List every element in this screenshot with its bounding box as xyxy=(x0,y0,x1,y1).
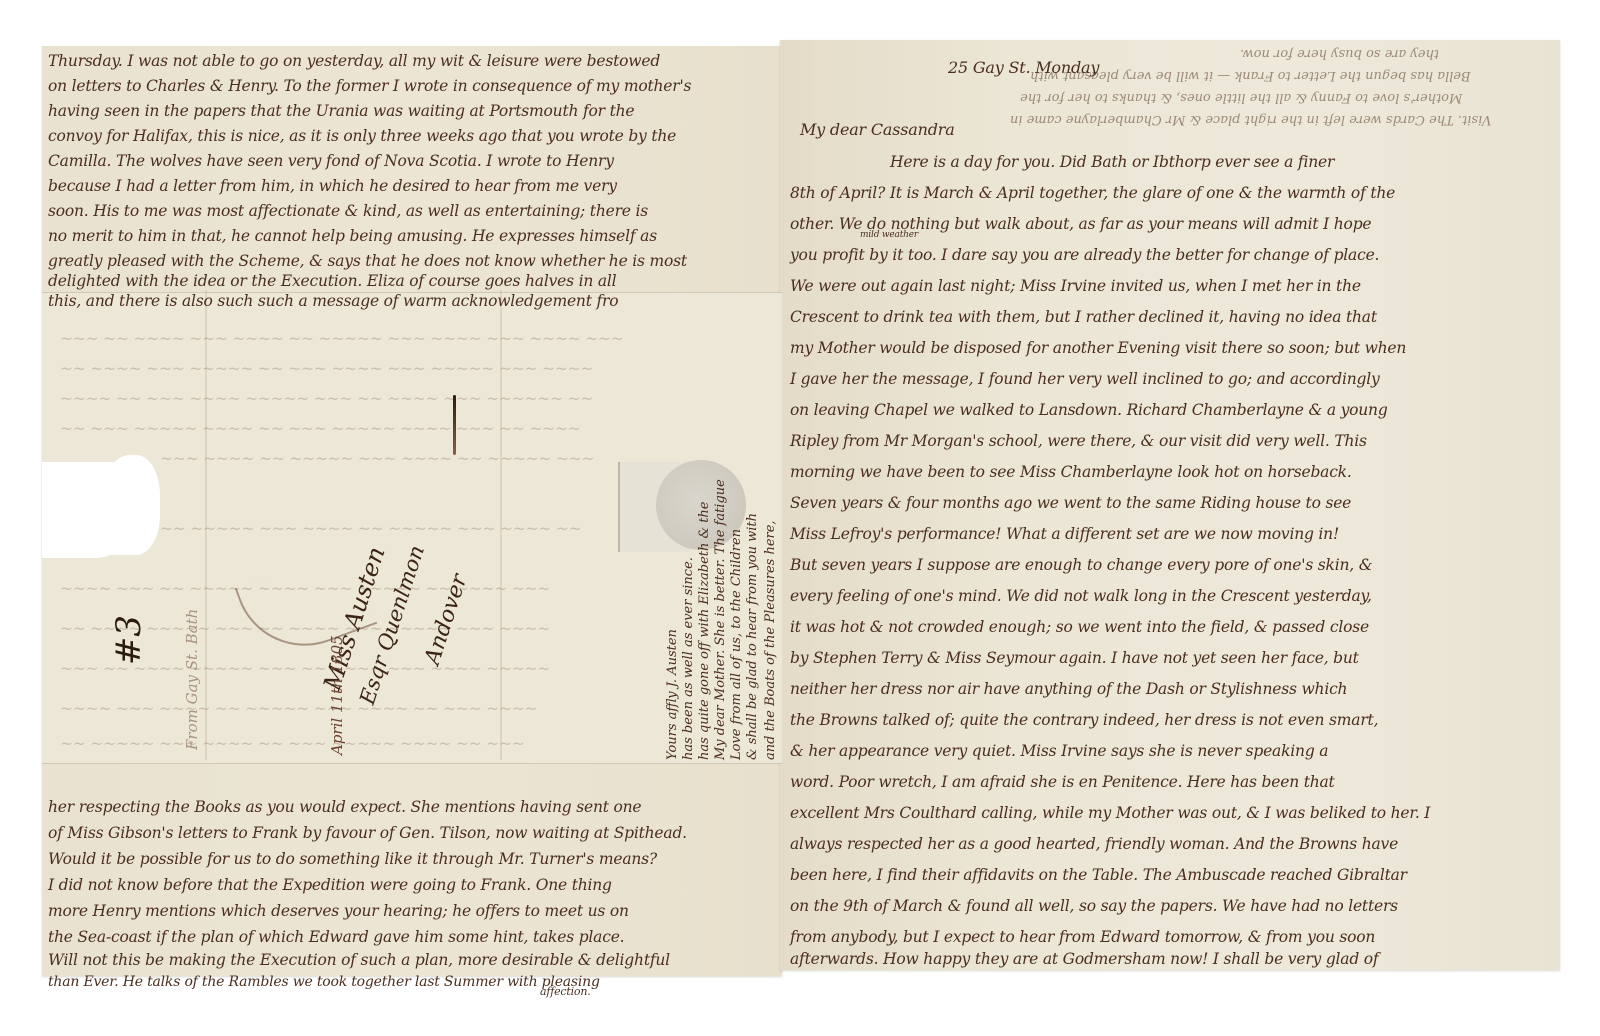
text-line: convoy for Halifax, this is nice, as it … xyxy=(48,127,676,145)
text-line: But seven years I suppose are enough to … xyxy=(790,556,1372,574)
text-line: been here, I find their affidavits on th… xyxy=(790,866,1407,884)
text-line: and the Boats of the Pleasures here, xyxy=(763,520,778,760)
text-line: my Mother would be disposed for another … xyxy=(790,339,1406,357)
text-line: from anybody, but I expect to hear from … xyxy=(790,928,1375,946)
text-line: because I had a letter from him, in whic… xyxy=(48,177,617,195)
text-line: & her appearance very quiet. Miss Irvine… xyxy=(790,742,1328,760)
inverted-line: Mother's love to Fanny & all the little … xyxy=(1020,90,1462,105)
text-line: every feeling of one's mind. We did not … xyxy=(790,587,1372,605)
text-line: having seen in the papers that the Urani… xyxy=(48,102,634,120)
text-line: I gave her the message, I found her very… xyxy=(790,370,1380,388)
text-line: Here is a day for you. Did Bath or Ibtho… xyxy=(890,153,1334,171)
interlinear-note: mild weather xyxy=(860,230,918,240)
text-line: Miss Lefroy's performance! What a differ… xyxy=(790,525,1339,543)
text-line: Thursday. I was not able to go on yester… xyxy=(48,52,660,70)
salutation: My dear Cassandra xyxy=(800,120,955,139)
text-line: excellent Mrs Coulthard calling, while m… xyxy=(790,804,1430,822)
text-line: than Ever. He talks of the Rambles we to… xyxy=(48,974,600,990)
text-line: her respecting the Books as you would ex… xyxy=(48,798,641,816)
letter-date: April 11th 1805 xyxy=(328,635,346,755)
torn-seal-hole xyxy=(100,455,160,555)
text-line: always respected her as a good hearted, … xyxy=(790,835,1398,853)
text-line: greatly pleased with the Scheme, & says … xyxy=(48,252,687,270)
text-line: afterwards. How happy they are at Godmer… xyxy=(790,950,1378,968)
text-line: Will not this be making the Execution of… xyxy=(48,951,670,969)
text-line: soon. His to me was most affectionate & … xyxy=(48,202,648,220)
text-line: Would it be possible for us to do someth… xyxy=(48,850,657,868)
text-line: by Stephen Terry & Miss Seymour again. I… xyxy=(790,649,1359,667)
text-line: the Browns talked of; quite the contrary… xyxy=(790,711,1378,729)
text-line: word. Poor wretch, I am afraid she is en… xyxy=(790,773,1335,791)
text-line: 8th of April? It is March & April togeth… xyxy=(790,184,1395,202)
text-line: Love from all of us, to the Children xyxy=(729,529,744,760)
text-line: My dear Mother. She is better. The fatig… xyxy=(713,479,728,760)
inverted-line: they are so busy here for now. xyxy=(1240,46,1439,61)
inverted-line: Visit. The Cards were left in the right … xyxy=(1010,112,1491,127)
dateline: 25 Gay St. Monday xyxy=(948,58,1099,77)
pen-stroke xyxy=(453,395,456,455)
text-line: on leaving Chapel we walked to Lansdown.… xyxy=(790,401,1388,419)
text-line: has quite gone off with Elizabeth & the xyxy=(697,501,712,760)
text-line: & shall be glad to hear from you with xyxy=(745,513,760,760)
text-line: on the 9th of March & found all well, so… xyxy=(790,897,1398,915)
text-line: Camilla. The wolves have seen very fond … xyxy=(48,152,614,170)
text-line: delighted with the idea or the Execution… xyxy=(48,272,616,290)
text-line: the Sea-coast if the plan of which Edwar… xyxy=(48,928,624,946)
text-line: Yours affly J. Austen xyxy=(665,629,680,760)
text-line: Ripley from Mr Morgan's school, were the… xyxy=(790,432,1367,450)
text-line: you profit by it too. I dare say you are… xyxy=(790,246,1379,264)
archive-number: #3 xyxy=(109,615,149,665)
text-line: Crescent to drink tea with them, but I r… xyxy=(790,308,1377,326)
text-line: on letters to Charles & Henry. To the fo… xyxy=(48,77,691,95)
text-line: has been as well as ever since. xyxy=(681,557,696,760)
text-line: We were out again last night; Miss Irvin… xyxy=(790,277,1361,295)
postal-origin-note: From Gay St. Bath xyxy=(183,609,201,750)
text-line: Seven years & four months ago we went to… xyxy=(790,494,1351,512)
text-line: neither her dress nor air have anything … xyxy=(790,680,1347,698)
text-line: more Henry mentions which deserves your … xyxy=(48,902,629,920)
text-line: this, and there is also such such a mess… xyxy=(48,292,618,310)
text-line: morning we have been to see Miss Chamber… xyxy=(790,463,1352,481)
text-line: I did not know before that the Expeditio… xyxy=(48,876,612,894)
text-line: no merit to him in that, he cannot help … xyxy=(48,227,657,245)
text-line: it was hot & not crowded enough; so we w… xyxy=(790,618,1369,636)
interlinear-note: affection. xyxy=(540,985,591,998)
text-line: of Miss Gibson's letters to Frank by fav… xyxy=(48,824,687,842)
